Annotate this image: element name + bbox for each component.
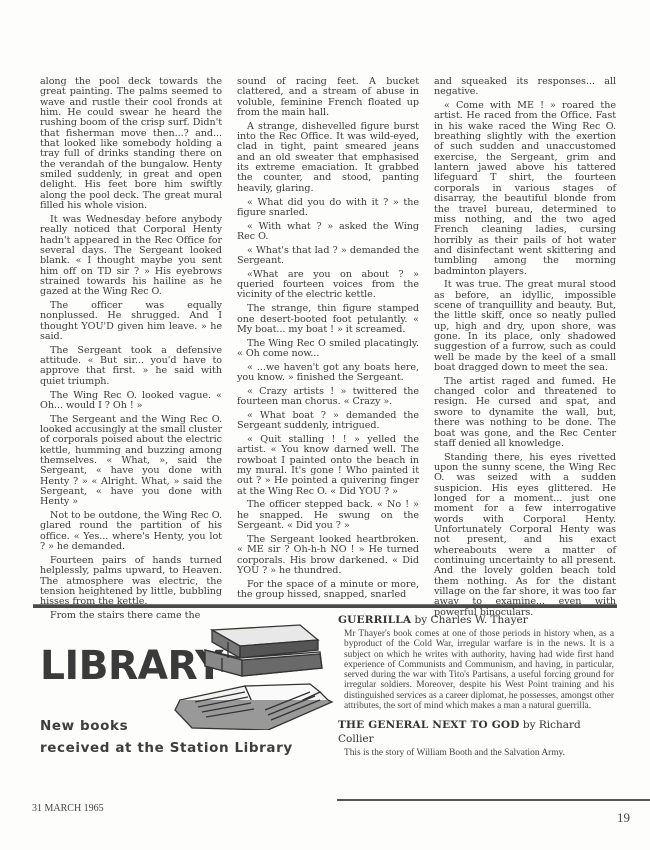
article-paragraph: The strange, thin figure stamped one des…: [237, 304, 419, 335]
book-entry: GUERRILLA by Charles W. Thayer Mr Thayer…: [338, 613, 614, 711]
article-paragraph: The Sergeant looked heartbroken. « ME si…: [237, 535, 419, 576]
article-paragraph: The Wing Rec O. looked vague. « Oh... wo…: [40, 391, 222, 412]
article-paragraph: Standing there, his eyes rivetted upon t…: [434, 453, 616, 619]
article-paragraph: The artist raged and fumed. He changed c…: [434, 377, 616, 449]
article-paragraph: The officer was equally nonplussed. He s…: [40, 301, 222, 342]
article-paragraph: Fourteen pairs of hands turned helplessl…: [40, 556, 222, 608]
article-paragraph: The Sergeant and the Wing Rec O. looked …: [40, 415, 222, 508]
article-paragraph: «What are you on about ? » queried fourt…: [237, 270, 419, 301]
article-paragraph: « ...we haven't got any boats here, you …: [237, 363, 419, 384]
book-entry: THE GENERAL NEXT TO GOD by Richard Colli…: [338, 718, 614, 758]
article-paragraph: A strange, dishevelled figure burst into…: [237, 122, 419, 194]
book-description: This is the story of William Booth and t…: [344, 748, 614, 758]
article-paragraph: « What's that lad ? » demanded the Serge…: [237, 246, 419, 267]
article-paragraph: « What did you do with it ? » the figure…: [237, 198, 419, 219]
article-paragraph: It was Wednesday before anybody really n…: [40, 215, 222, 298]
issue-date: 31 MARCH 1965: [32, 803, 104, 814]
article-column-1: along the pool deck towards the great pa…: [40, 77, 222, 625]
article-paragraph: « What boat ? » demanded the Sergeant su…: [237, 411, 419, 432]
article-paragraph: The Wing Rec O smiled placatingly. « Oh …: [237, 339, 419, 360]
article-paragraph: It was true. The great mural stood as be…: [434, 280, 616, 373]
footer-rule: [337, 799, 650, 801]
book-author: by Charles W. Thayer: [415, 614, 528, 626]
article-paragraph: The Sergeant took a defensive attitude. …: [40, 346, 222, 387]
new-books-list: GUERRILLA by Charles W. Thayer Mr Thayer…: [338, 613, 614, 766]
article-paragraph: sound of racing feet. A bucket clattered…: [237, 77, 419, 118]
book-title: THE GENERAL NEXT TO GOD: [338, 719, 520, 731]
library-subtitle-line1: New books: [40, 718, 128, 734]
article-paragraph: Not to be outdone, the Wing Rec O. glare…: [40, 511, 222, 552]
article-paragraph: The officer stepped back. « No ! » he sn…: [237, 500, 419, 531]
article-column-3: and squeaked its responses... all negati…: [434, 77, 616, 621]
article-paragraph: « With what ? » asked the Wing Rec O.: [237, 222, 419, 243]
article-paragraph: « Crazy artists ! » twittered the fourte…: [237, 387, 419, 408]
library-subtitle-line2: received at the Station Library: [40, 740, 293, 756]
stacked-and-open-books-icon: [150, 620, 335, 730]
article-paragraph: « Quit stalling ! ! » yelled the artist.…: [237, 435, 419, 497]
article-paragraph: For the space of a minute or more, the g…: [237, 580, 419, 601]
book-title: GUERRILLA: [338, 614, 411, 626]
article-paragraph: along the pool deck towards the great pa…: [40, 77, 222, 211]
article-paragraph: « Come with ME ! » roared the artist. He…: [434, 101, 616, 277]
article-column-2: sound of racing feet. A bucket clattered…: [237, 77, 419, 604]
book-description: Mr Thayer's book comes at one of those p…: [344, 629, 614, 711]
section-divider: [33, 604, 617, 608]
page-number: 19: [617, 810, 630, 826]
article-paragraph: and squeaked its responses... all negati…: [434, 77, 616, 98]
